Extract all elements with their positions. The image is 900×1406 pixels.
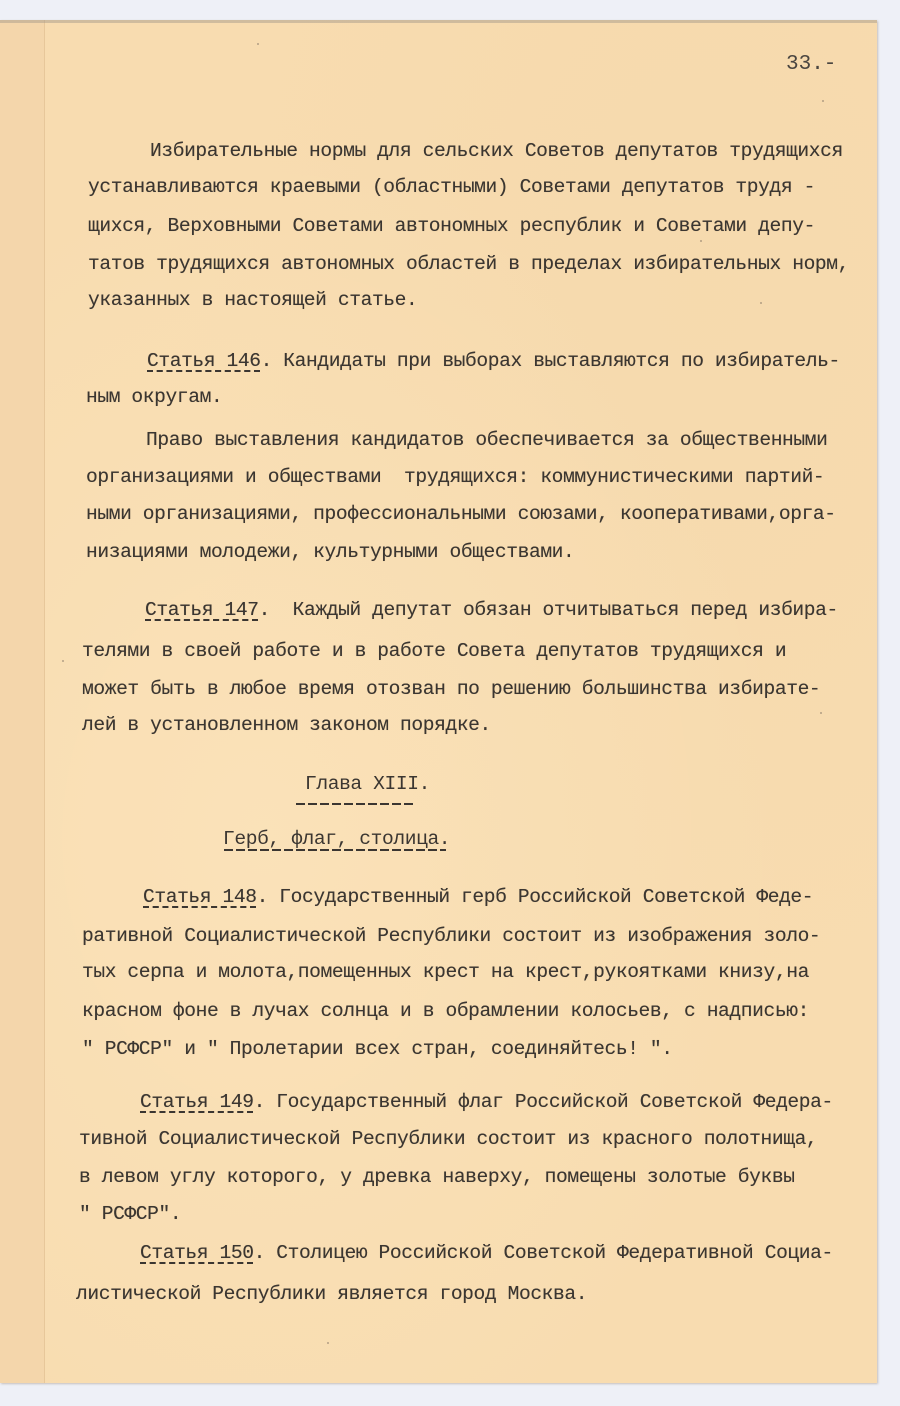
article-text: . Столицею Российской Советской Федерати… xyxy=(254,1242,833,1264)
article-text: . Государственный флаг Российской Советс… xyxy=(254,1091,833,1113)
text-line: " РСФСР". xyxy=(79,1202,181,1226)
text-line: ным округам. xyxy=(86,385,222,409)
chapter-subtitle: Герб, флаг, столица. xyxy=(223,828,450,850)
chapter-number: Глава XIII. xyxy=(305,773,430,795)
article-label: Статья 146 xyxy=(147,350,261,372)
page-number: 33.- xyxy=(786,53,836,76)
article-label: Статья 148 xyxy=(143,886,257,908)
text-line: лей в установленном законом порядке. xyxy=(82,713,491,737)
article-label: Статья 149 xyxy=(140,1091,254,1113)
text-line: ративной Социалистической Республики сос… xyxy=(82,924,820,948)
text-line: низациями молодежи, культурными общества… xyxy=(86,540,574,564)
text-line: тых серпа и молота,помещенных крест на к… xyxy=(82,960,809,984)
page-binding-edge xyxy=(0,20,45,1383)
text-line: Право выставления кандидатов обеспечивае… xyxy=(146,428,828,452)
text-line: Статья 150. Столицею Российской Советско… xyxy=(140,1241,833,1265)
article-text: . Каждый депутат обязан отчитываться пер… xyxy=(259,599,838,621)
text-line: Статья 149. Государственный флаг Российс… xyxy=(140,1090,833,1114)
text-line: ными организациями, профессиональными со… xyxy=(86,502,836,526)
text-line: организациями и обществами трудящихся: к… xyxy=(86,465,824,489)
article-label: Статья 150 xyxy=(140,1242,254,1264)
chapter-underline xyxy=(296,803,415,805)
paper-speck xyxy=(327,1342,329,1344)
text-line: татов трудящихся автономных областей в п… xyxy=(88,252,849,276)
article-text: . Кандидаты при выборах выставляются по … xyxy=(261,350,840,372)
text-line: Статья 147. Каждый депутат обязан отчиты… xyxy=(145,598,838,622)
paper-speck xyxy=(700,240,702,242)
text-line: Статья 148. Государственный герб Российс… xyxy=(143,885,813,909)
page-top-edge xyxy=(0,20,877,23)
paper-speck xyxy=(760,302,762,304)
chapter-subtitle-underline xyxy=(224,849,446,851)
text-line: указанных в настоящей статье. xyxy=(88,288,417,312)
text-line: " РСФСР" и " Пролетарии всех стран, соед… xyxy=(82,1037,673,1061)
text-line: тивной Социалистической Республики состо… xyxy=(79,1127,817,1151)
article-label: Статья 147 xyxy=(145,599,259,621)
text-line: может быть в любое время отозван по реше… xyxy=(82,677,820,701)
text-line: щихся, Верховными Советами автономных ре… xyxy=(88,214,815,238)
paper-speck xyxy=(820,712,822,714)
paper-speck xyxy=(257,43,259,45)
text-line: телями в своей работе и в работе Совета … xyxy=(82,639,786,663)
text-line: листической Республики является город Мо… xyxy=(76,1282,587,1306)
text-line: Избирательные нормы для сельских Советов… xyxy=(150,139,843,163)
text-line: устанавливаются краевыми (областными) Со… xyxy=(88,175,815,199)
article-text: . Государственный герб Российской Советс… xyxy=(257,886,814,908)
paper-speck xyxy=(822,100,824,102)
text-line: Статья 146. Кандидаты при выборах выстав… xyxy=(147,349,840,373)
paper-speck xyxy=(62,660,64,662)
text-line: в левом углу которого, у древка наверху,… xyxy=(79,1165,795,1189)
text-line: красном фоне в лучах солнца и в обрамлен… xyxy=(82,999,809,1023)
